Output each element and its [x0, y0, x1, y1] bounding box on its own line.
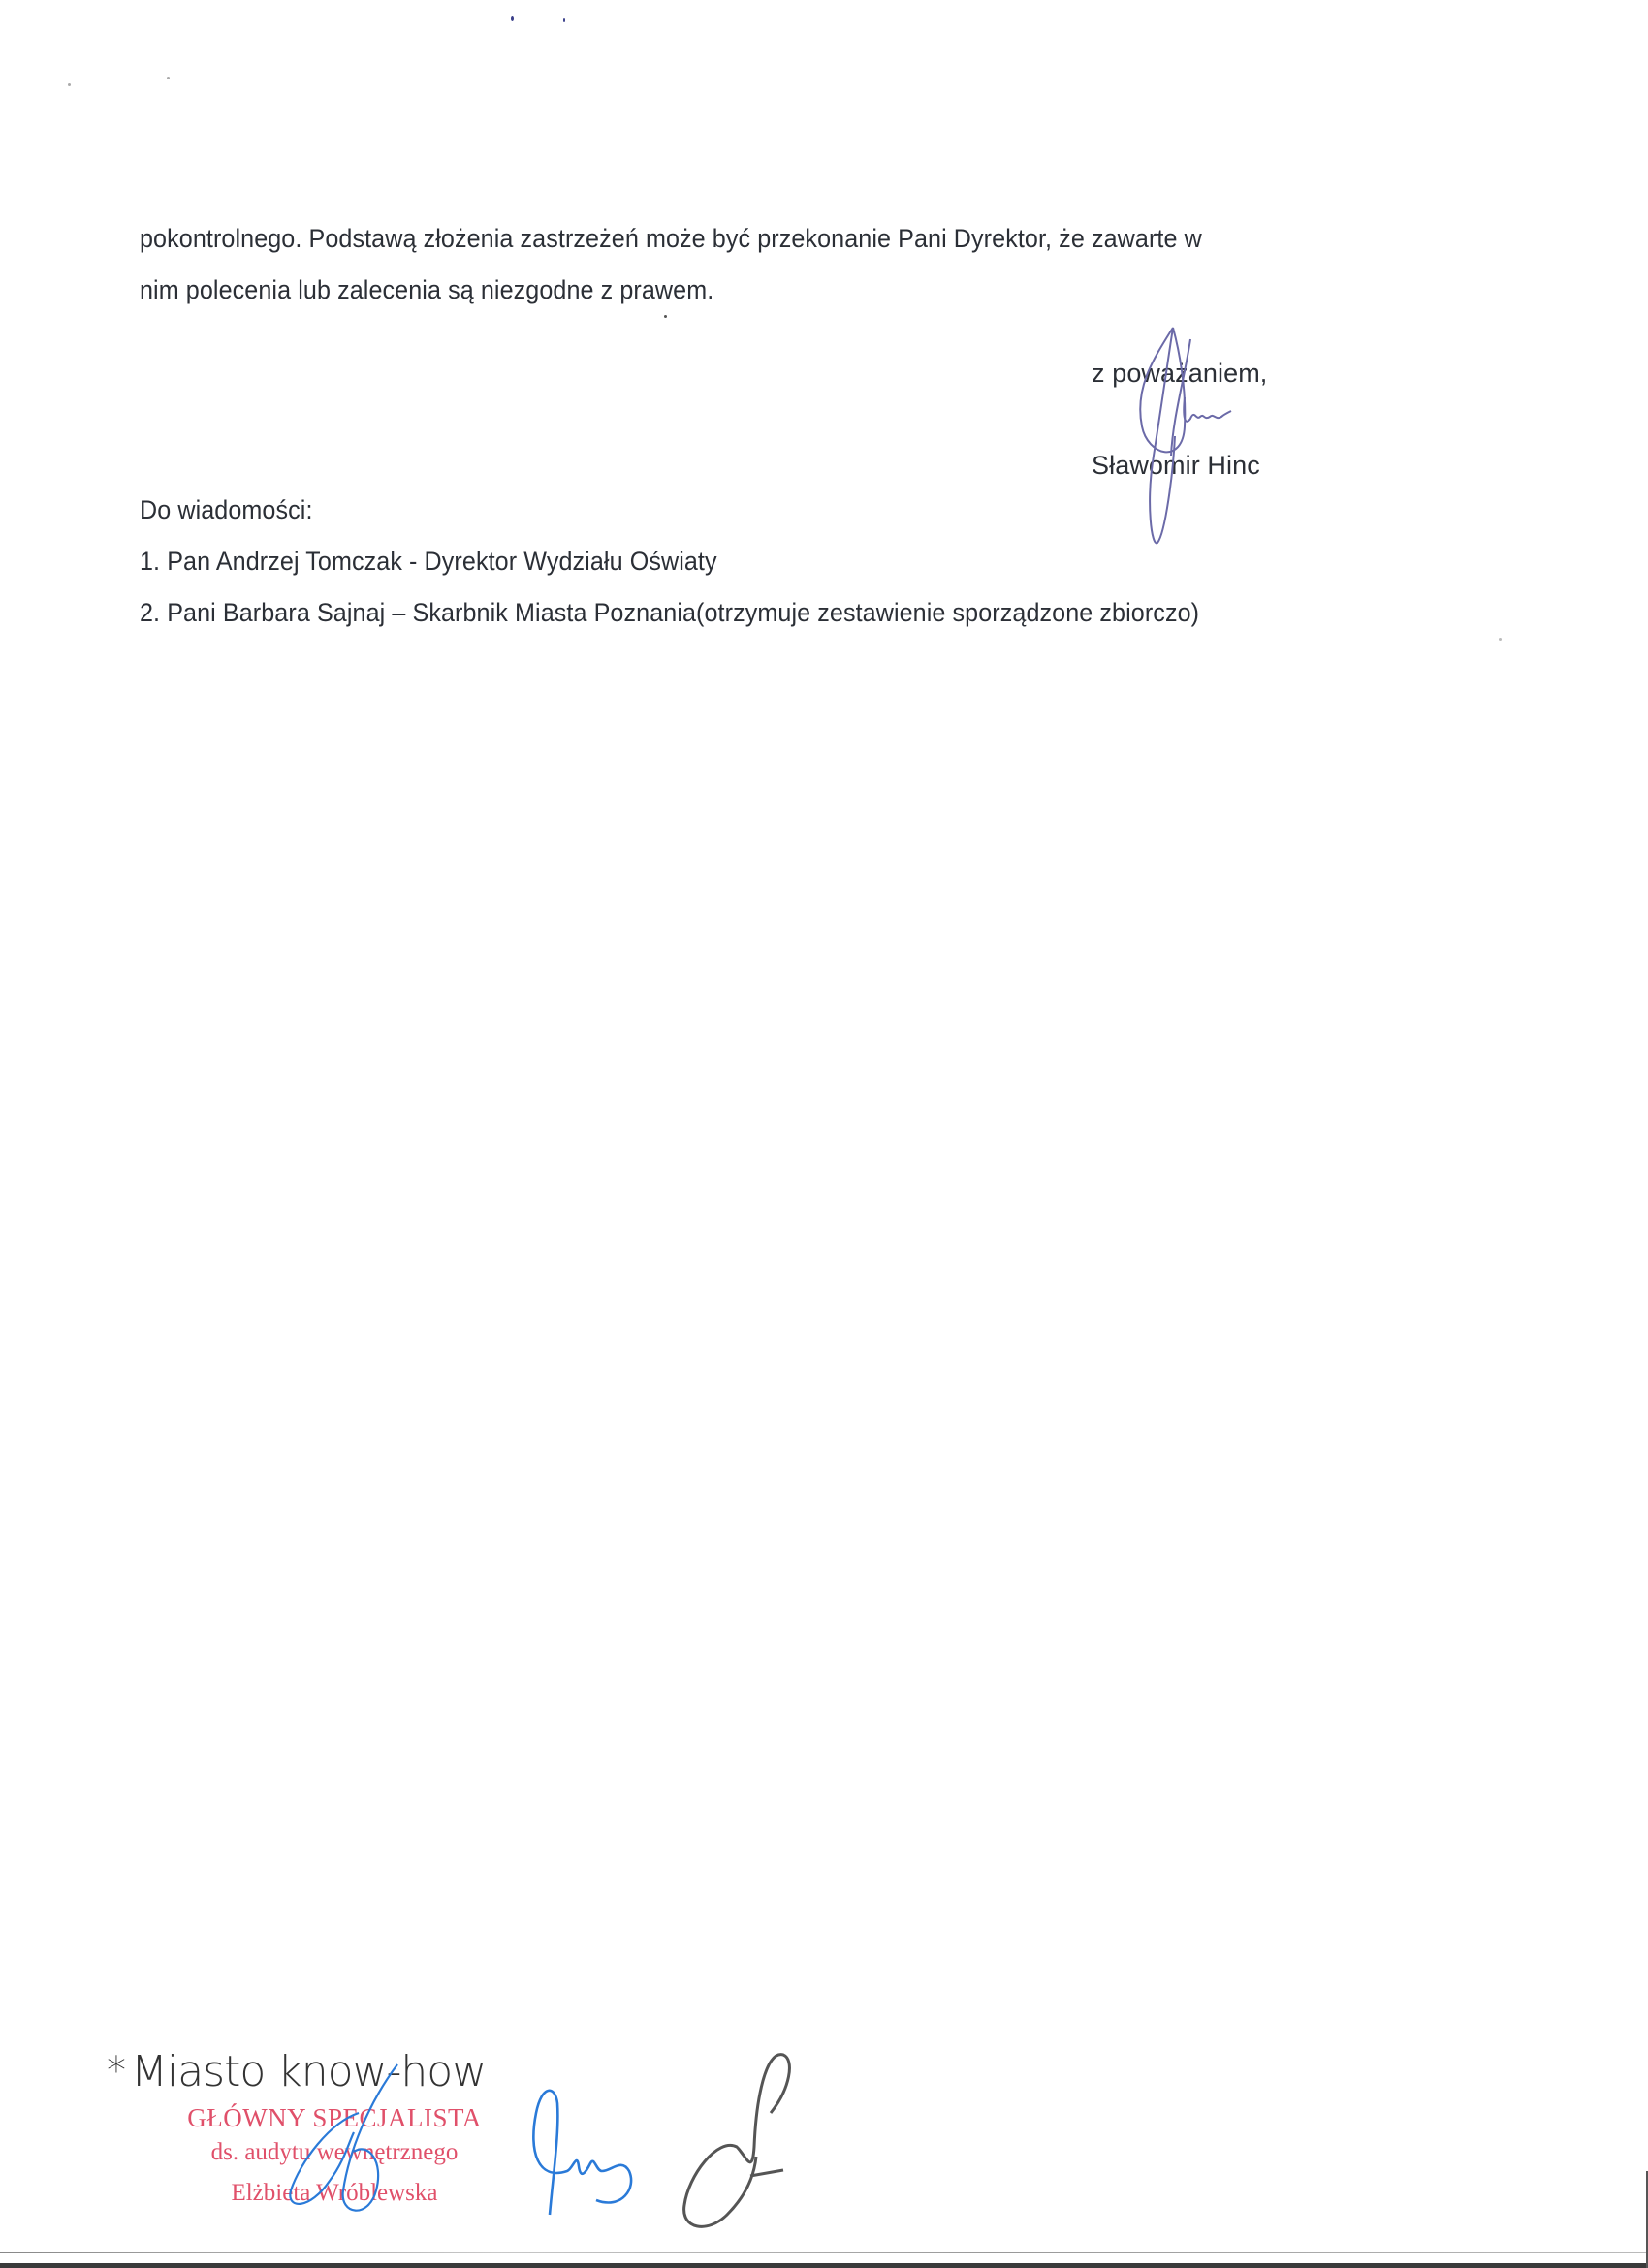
scan-edge-line — [0, 2252, 1648, 2253]
city-logo: *Miasto know-how — [107, 2047, 486, 2096]
scan-speck — [68, 83, 71, 86]
scan-speck — [563, 18, 565, 22]
stamp-department: ds. audytu wewnętrznego — [174, 2139, 494, 2166]
asterisk-logo-icon: * — [107, 2049, 125, 2094]
handwritten-signature-gray — [669, 2040, 814, 2234]
signatory-name: Sławomir Hinc — [1092, 453, 1260, 479]
distribution-heading: Do wiadomości: — [140, 497, 313, 523]
scan-edge-shadow — [0, 2263, 1648, 2268]
official-stamp: GŁÓWNY SPECJALISTA ds. audytu wewnętrzne… — [174, 2103, 494, 2207]
handwritten-signature-blue — [528, 2074, 654, 2220]
closing-salutation: z poważaniem, — [1092, 361, 1267, 387]
distribution-item-1: 1. Pan Andrzej Tomczak - Dyrektor Wydzia… — [140, 549, 717, 575]
scan-speck — [664, 315, 667, 318]
scan-speck — [1499, 638, 1502, 641]
body-line-2: nim polecenia lub zalecenia są niezgodne… — [140, 277, 713, 303]
scanned-document-page: pokontrolnego. Podstawą złożenia zastrze… — [0, 0, 1648, 2268]
stamp-name: Elżbieta Wróblewska — [174, 2180, 494, 2207]
distribution-item-2: 2. Pani Barbara Sajnaj – Skarbnik Miasta… — [140, 600, 1199, 626]
scan-speck — [511, 16, 514, 21]
scan-speck — [167, 77, 170, 79]
stamp-title: GŁÓWNY SPECJALISTA — [174, 2103, 494, 2133]
body-line-1: pokontrolnego. Podstawą złożenia zastrze… — [140, 226, 1202, 252]
handwritten-signature-director — [1115, 320, 1260, 552]
logo-text: Miasto know-how — [131, 2047, 486, 2096]
